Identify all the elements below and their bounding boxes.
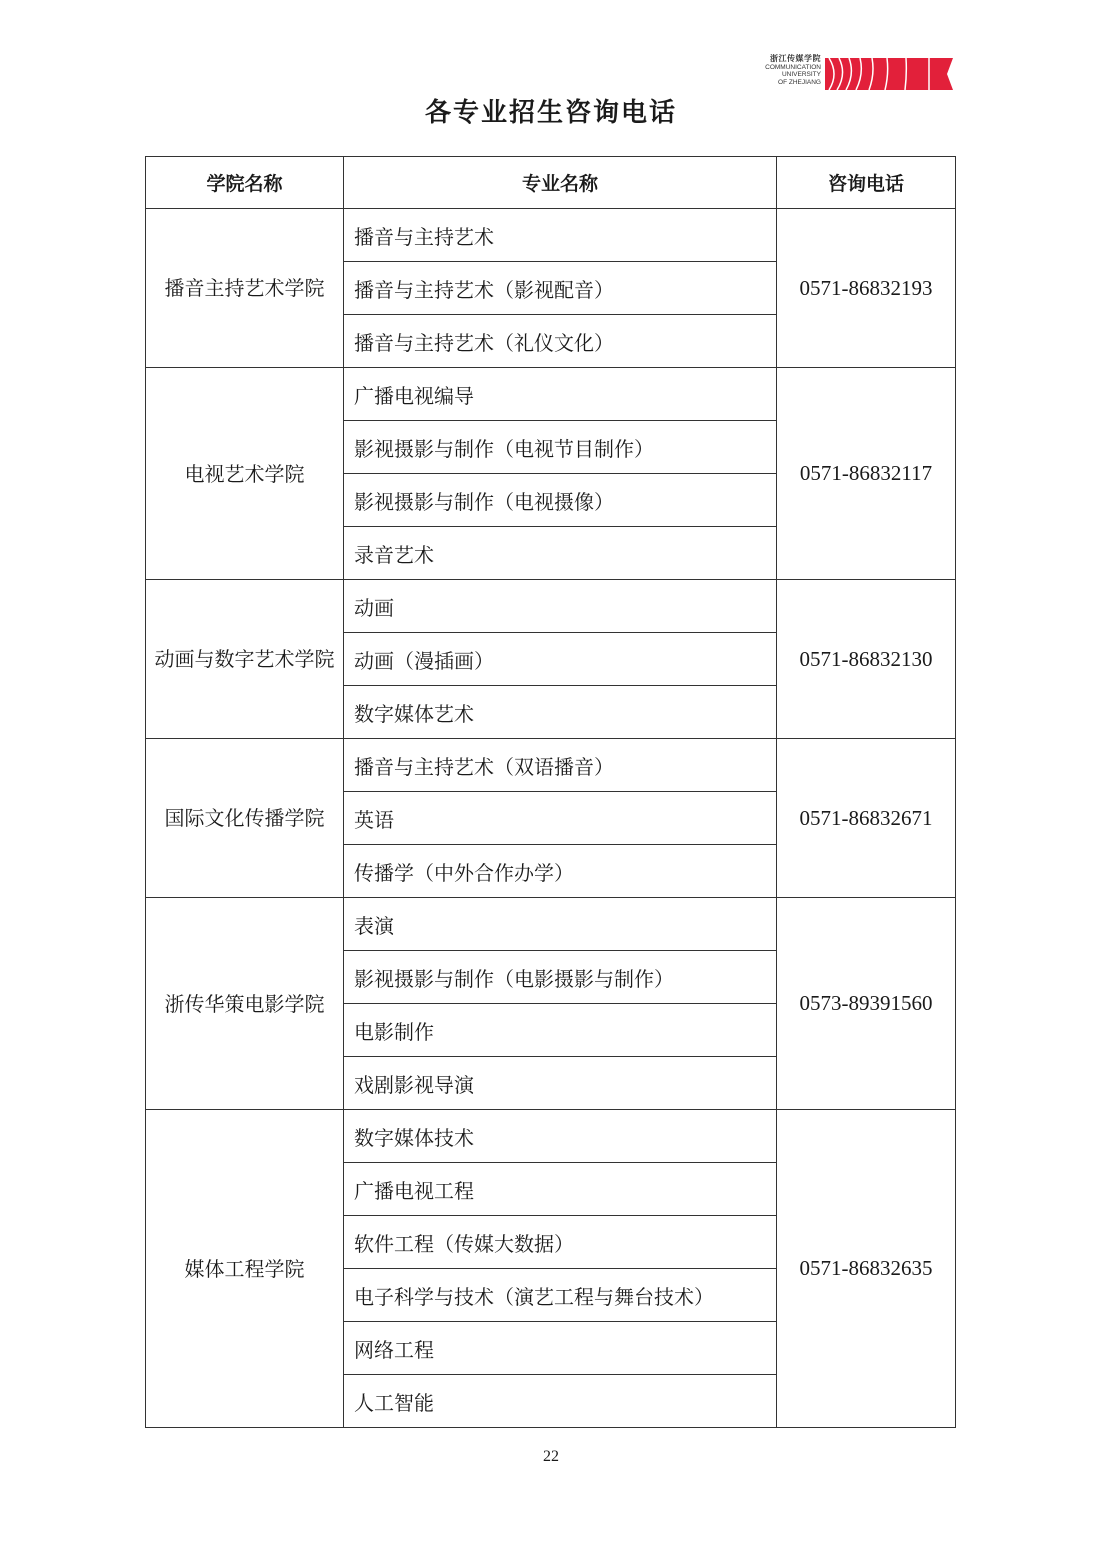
logo-mark-icon xyxy=(825,58,953,90)
table-row: 媒体工程学院数字媒体技术0571-86832635 xyxy=(146,1110,956,1163)
major-name-cell: 动画（漫插画） xyxy=(344,633,777,686)
table-row: 动画与数字艺术学院动画0571-86832130 xyxy=(146,580,956,633)
logo-en-line: UNIVERSITY xyxy=(755,71,821,79)
major-name-cell: 录音艺术 xyxy=(344,527,777,580)
page-number: 22 xyxy=(0,1448,1102,1466)
phone-number-cell: 0571-86832117 xyxy=(777,368,956,580)
major-name-cell: 戏剧影视导演 xyxy=(344,1057,777,1110)
logo-text: 浙江传媒学院 COMMUNICATION UNIVERSITY OF ZHEJI… xyxy=(755,55,821,86)
major-name-cell: 传播学（中外合作办学） xyxy=(344,845,777,898)
major-name-cell: 数字媒体技术 xyxy=(344,1110,777,1163)
college-name-cell: 电视艺术学院 xyxy=(146,368,344,580)
major-name-cell: 电影制作 xyxy=(344,1004,777,1057)
header-major: 专业名称 xyxy=(344,157,777,209)
table-row: 电视艺术学院广播电视编导0571-86832117 xyxy=(146,368,956,421)
major-name-cell: 电子科学与技术（演艺工程与舞台技术） xyxy=(344,1269,777,1322)
major-name-cell: 影视摄影与制作（电视节目制作） xyxy=(344,421,777,474)
college-name-cell: 播音主持艺术学院 xyxy=(146,209,344,368)
header-college: 学院名称 xyxy=(146,157,344,209)
major-name-cell: 英语 xyxy=(344,792,777,845)
table-header-row: 学院名称 专业名称 咨询电话 xyxy=(146,157,956,209)
major-name-cell: 广播电视工程 xyxy=(344,1163,777,1216)
logo-cn-name: 浙江传媒学院 xyxy=(755,55,821,63)
major-name-cell: 软件工程（传媒大数据） xyxy=(344,1216,777,1269)
phone-number-cell: 0571-86832635 xyxy=(777,1110,956,1428)
phone-number-cell: 0571-86832671 xyxy=(777,739,956,898)
major-name-cell: 表演 xyxy=(344,898,777,951)
major-name-cell: 数字媒体艺术 xyxy=(344,686,777,739)
table-row: 国际文化传播学院播音与主持艺术（双语播音）0571-86832671 xyxy=(146,739,956,792)
major-name-cell: 广播电视编导 xyxy=(344,368,777,421)
college-name-cell: 浙传华策电影学院 xyxy=(146,898,344,1110)
major-name-cell: 播音与主持艺术（礼仪文化） xyxy=(344,315,777,368)
phone-number-cell: 0571-86832193 xyxy=(777,209,956,368)
phone-number-cell: 0571-86832130 xyxy=(777,580,956,739)
logo-en-line: OF ZHEJIANG xyxy=(755,79,821,87)
major-name-cell: 播音与主持艺术（双语播音） xyxy=(344,739,777,792)
table-row: 浙传华策电影学院表演0573-89391560 xyxy=(146,898,956,951)
page-title: 各专业招生咨询电话 xyxy=(0,92,1102,129)
major-name-cell: 网络工程 xyxy=(344,1322,777,1375)
phone-number-cell: 0573-89391560 xyxy=(777,898,956,1110)
major-name-cell: 播音与主持艺术 xyxy=(344,209,777,262)
university-logo: 浙江传媒学院 COMMUNICATION UNIVERSITY OF ZHEJI… xyxy=(755,55,955,93)
header-phone: 咨询电话 xyxy=(777,157,956,209)
college-name-cell: 媒体工程学院 xyxy=(146,1110,344,1428)
logo-en-line: COMMUNICATION xyxy=(755,64,821,72)
major-name-cell: 人工智能 xyxy=(344,1375,777,1428)
major-name-cell: 动画 xyxy=(344,580,777,633)
college-name-cell: 动画与数字艺术学院 xyxy=(146,580,344,739)
college-name-cell: 国际文化传播学院 xyxy=(146,739,344,898)
major-name-cell: 播音与主持艺术（影视配音） xyxy=(344,262,777,315)
admissions-contact-table: 学院名称 专业名称 咨询电话 播音主持艺术学院播音与主持艺术0571-86832… xyxy=(145,156,956,1428)
major-name-cell: 影视摄影与制作（电视摄像） xyxy=(344,474,777,527)
major-name-cell: 影视摄影与制作（电影摄影与制作） xyxy=(344,951,777,1004)
table-row: 播音主持艺术学院播音与主持艺术0571-86832193 xyxy=(146,209,956,262)
